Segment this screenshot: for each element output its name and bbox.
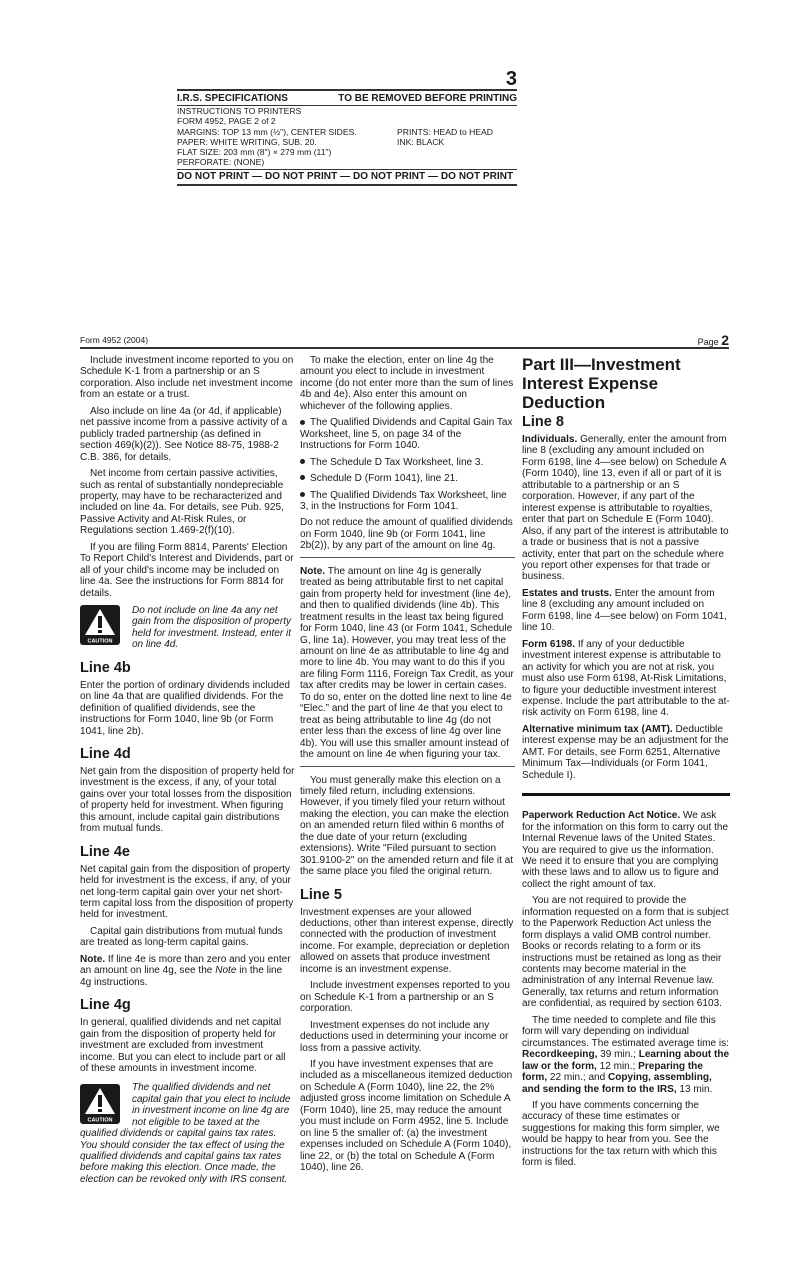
bullet-icon <box>300 420 305 425</box>
divider <box>522 793 730 796</box>
caution-icon: CAUTION <box>80 605 120 645</box>
paragraph: Include investment expenses reported to … <box>300 980 515 1014</box>
paragraph: If you have comments concerning the accu… <box>522 1100 730 1169</box>
heading-line-8: Line 8 <box>522 414 730 430</box>
paragraph-text: The time needed to complete and file thi… <box>522 1015 729 1049</box>
spec-page-number: 3 <box>177 70 517 88</box>
page-label: Page <box>698 337 719 347</box>
paragraph-text: Generally, enter the amount from line 8 … <box>522 434 729 582</box>
heading-line-4e: Line 4e <box>80 844 295 860</box>
part-title: Part III—Investment Interest Expense Ded… <box>522 355 730 412</box>
bullet-item: The Qualified Dividends and Capital Gain… <box>300 417 515 451</box>
paragraph: If you are filing Form 8814, Parents' El… <box>80 542 295 599</box>
note-label: Note. <box>80 954 105 965</box>
paragraph: You must generally make this election on… <box>300 775 515 878</box>
bullet-text: Schedule D (Form 1041), line 21. <box>310 473 458 484</box>
spec-prints: PRINTS: HEAD to HEAD <box>397 127 493 137</box>
paragraph: Net gain from the disposition of propert… <box>80 766 295 835</box>
paragraph: Enter the portion of ordinary dividends … <box>80 680 295 737</box>
run-in-heading: Individuals. <box>522 434 577 445</box>
paragraph: You are not required to provide the info… <box>522 895 730 1010</box>
caution-box: CAUTION Do not include on line 4a any ne… <box>80 605 295 651</box>
paragraph: Do not reduce the amount of qualified di… <box>300 517 515 551</box>
time-item-value: 39 min.; <box>597 1049 638 1060</box>
heading-line-4g: Line 4g <box>80 997 295 1013</box>
heading-line-4b: Line 4b <box>80 660 295 676</box>
spec-margins: MARGINS: TOP 13 mm (½"), CENTER SIDES. <box>177 127 397 137</box>
page-indicator: Page 2 <box>698 332 729 348</box>
paragraph: Form 6198. If any of your deductible inv… <box>522 639 730 719</box>
bullet-text: The Qualified Dividends and Capital Gain… <box>300 417 513 451</box>
time-item-label: Recordkeeping, <box>522 1049 597 1060</box>
column-3: Part III—Investment Interest Expense Ded… <box>522 355 730 1174</box>
paragraph: To make the election, enter on line 4g t… <box>300 355 515 412</box>
run-in-heading: Estates and trusts. <box>522 588 612 599</box>
paragraph: Alternative minimum tax (AMT). Deductibl… <box>522 724 730 781</box>
caution-text: Do not include on line 4a any net gain f… <box>132 605 295 651</box>
bullet-item: The Qualified Dividends Tax Worksheet, l… <box>300 490 515 513</box>
heading-line-4d: Line 4d <box>80 746 295 762</box>
divider <box>300 557 515 558</box>
paragraph: Paperwork Reduction Act Notice. We ask f… <box>522 810 730 890</box>
paragraph: In general, qualified dividends and net … <box>80 1017 295 1074</box>
time-estimate-paragraph: The time needed to complete and file thi… <box>522 1015 730 1095</box>
paragraph: Capital gain distributions from mutual f… <box>80 926 295 949</box>
spec-line: FORM 4952, PAGE 2 of 2 <box>177 116 517 126</box>
do-not-print-banner: DO NOT PRINT — DO NOT PRINT — DO NOT PRI… <box>177 169 517 186</box>
paragraph: Estates and trusts. Enter the amount fro… <box>522 588 730 634</box>
spec-perforate: PERFORATE: (NONE) <box>177 157 517 167</box>
paragraph: Include investment income reported to yo… <box>80 355 295 401</box>
note-text: The amount on line 4g is generally treat… <box>300 566 514 760</box>
bullet-icon <box>300 475 305 480</box>
page-header: Form 4952 (2004) Page 2 <box>80 332 729 349</box>
spec-title-left: I.R.S. SPECIFICATIONS <box>177 92 288 105</box>
bullet-item: The Schedule D Tax Worksheet, line 3. <box>300 457 515 468</box>
time-item-value: 13 min. <box>677 1084 713 1095</box>
time-item-value: 12 min.; <box>597 1061 638 1072</box>
spec-ink: INK: BLACK <box>397 137 444 147</box>
run-in-heading: Alternative minimum tax (AMT). <box>522 724 673 735</box>
time-item-value: 22 min.; and <box>547 1072 608 1083</box>
spec-flat-size: FLAT SIZE: 203 mm (8") × 279 mm (11") <box>177 147 517 157</box>
run-in-heading: Paperwork Reduction Act Notice. <box>522 810 680 821</box>
note-ref: Note <box>215 965 236 976</box>
spec-paper: PAPER: WHITE WRITING, SUB. 20. <box>177 137 397 147</box>
note-label: Note. <box>300 566 325 577</box>
caution-box: CAUTION The qualified dividends and net … <box>80 1082 295 1185</box>
printer-spec-block: 3 I.R.S. SPECIFICATIONS TO BE REMOVED BE… <box>177 70 517 186</box>
run-in-heading: Form 6198. <box>522 639 575 650</box>
paragraph: Investment expenses do not include any d… <box>300 1020 515 1054</box>
note-paragraph: Note. If line 4e is more than zero and y… <box>80 954 295 988</box>
page-number: 2 <box>721 332 729 348</box>
note-paragraph: Note. The amount on line 4g is generally… <box>300 566 515 761</box>
spec-line: INSTRUCTIONS TO PRINTERS <box>177 106 517 116</box>
heading-line-5: Line 5 <box>300 887 515 903</box>
bullet-text: The Qualified Dividends Tax Worksheet, l… <box>300 490 507 512</box>
paragraph: If you have investment expenses that are… <box>300 1059 515 1174</box>
paragraph-text: We ask for the information on this form … <box>522 810 728 890</box>
divider <box>300 766 515 767</box>
paragraph: Investment expenses are your allowed ded… <box>300 907 515 976</box>
bullet-icon <box>300 459 305 464</box>
column-1: Include investment income reported to yo… <box>80 355 295 1185</box>
column-2: To make the election, enter on line 4g t… <box>300 355 515 1179</box>
paragraph-text: If any of your deductible investment int… <box>522 639 730 719</box>
bullet-icon <box>300 492 305 497</box>
spec-row: PAPER: WHITE WRITING, SUB. 20. INK: BLAC… <box>177 137 517 147</box>
bullet-text: The Schedule D Tax Worksheet, line 3. <box>310 457 483 468</box>
svg-text:CAUTION: CAUTION <box>87 1118 112 1124</box>
paragraph: Net income from certain passive activiti… <box>80 468 295 537</box>
bullet-item: Schedule D (Form 1041), line 21. <box>300 473 515 484</box>
spec-title-bar: I.R.S. SPECIFICATIONS TO BE REMOVED BEFO… <box>177 89 517 106</box>
svg-text:CAUTION: CAUTION <box>87 639 112 645</box>
paragraph: Individuals. Generally, enter the amount… <box>522 434 730 583</box>
paragraph: Net capital gain from the disposition of… <box>80 864 295 921</box>
spec-title-right: TO BE REMOVED BEFORE PRINTING <box>338 92 517 105</box>
form-id: Form 4952 (2004) <box>80 335 148 345</box>
caution-icon: CAUTION <box>80 1084 120 1124</box>
spec-row: MARGINS: TOP 13 mm (½"), CENTER SIDES. P… <box>177 127 517 137</box>
paragraph: Also include on line 4a (or 4d, if appli… <box>80 406 295 463</box>
